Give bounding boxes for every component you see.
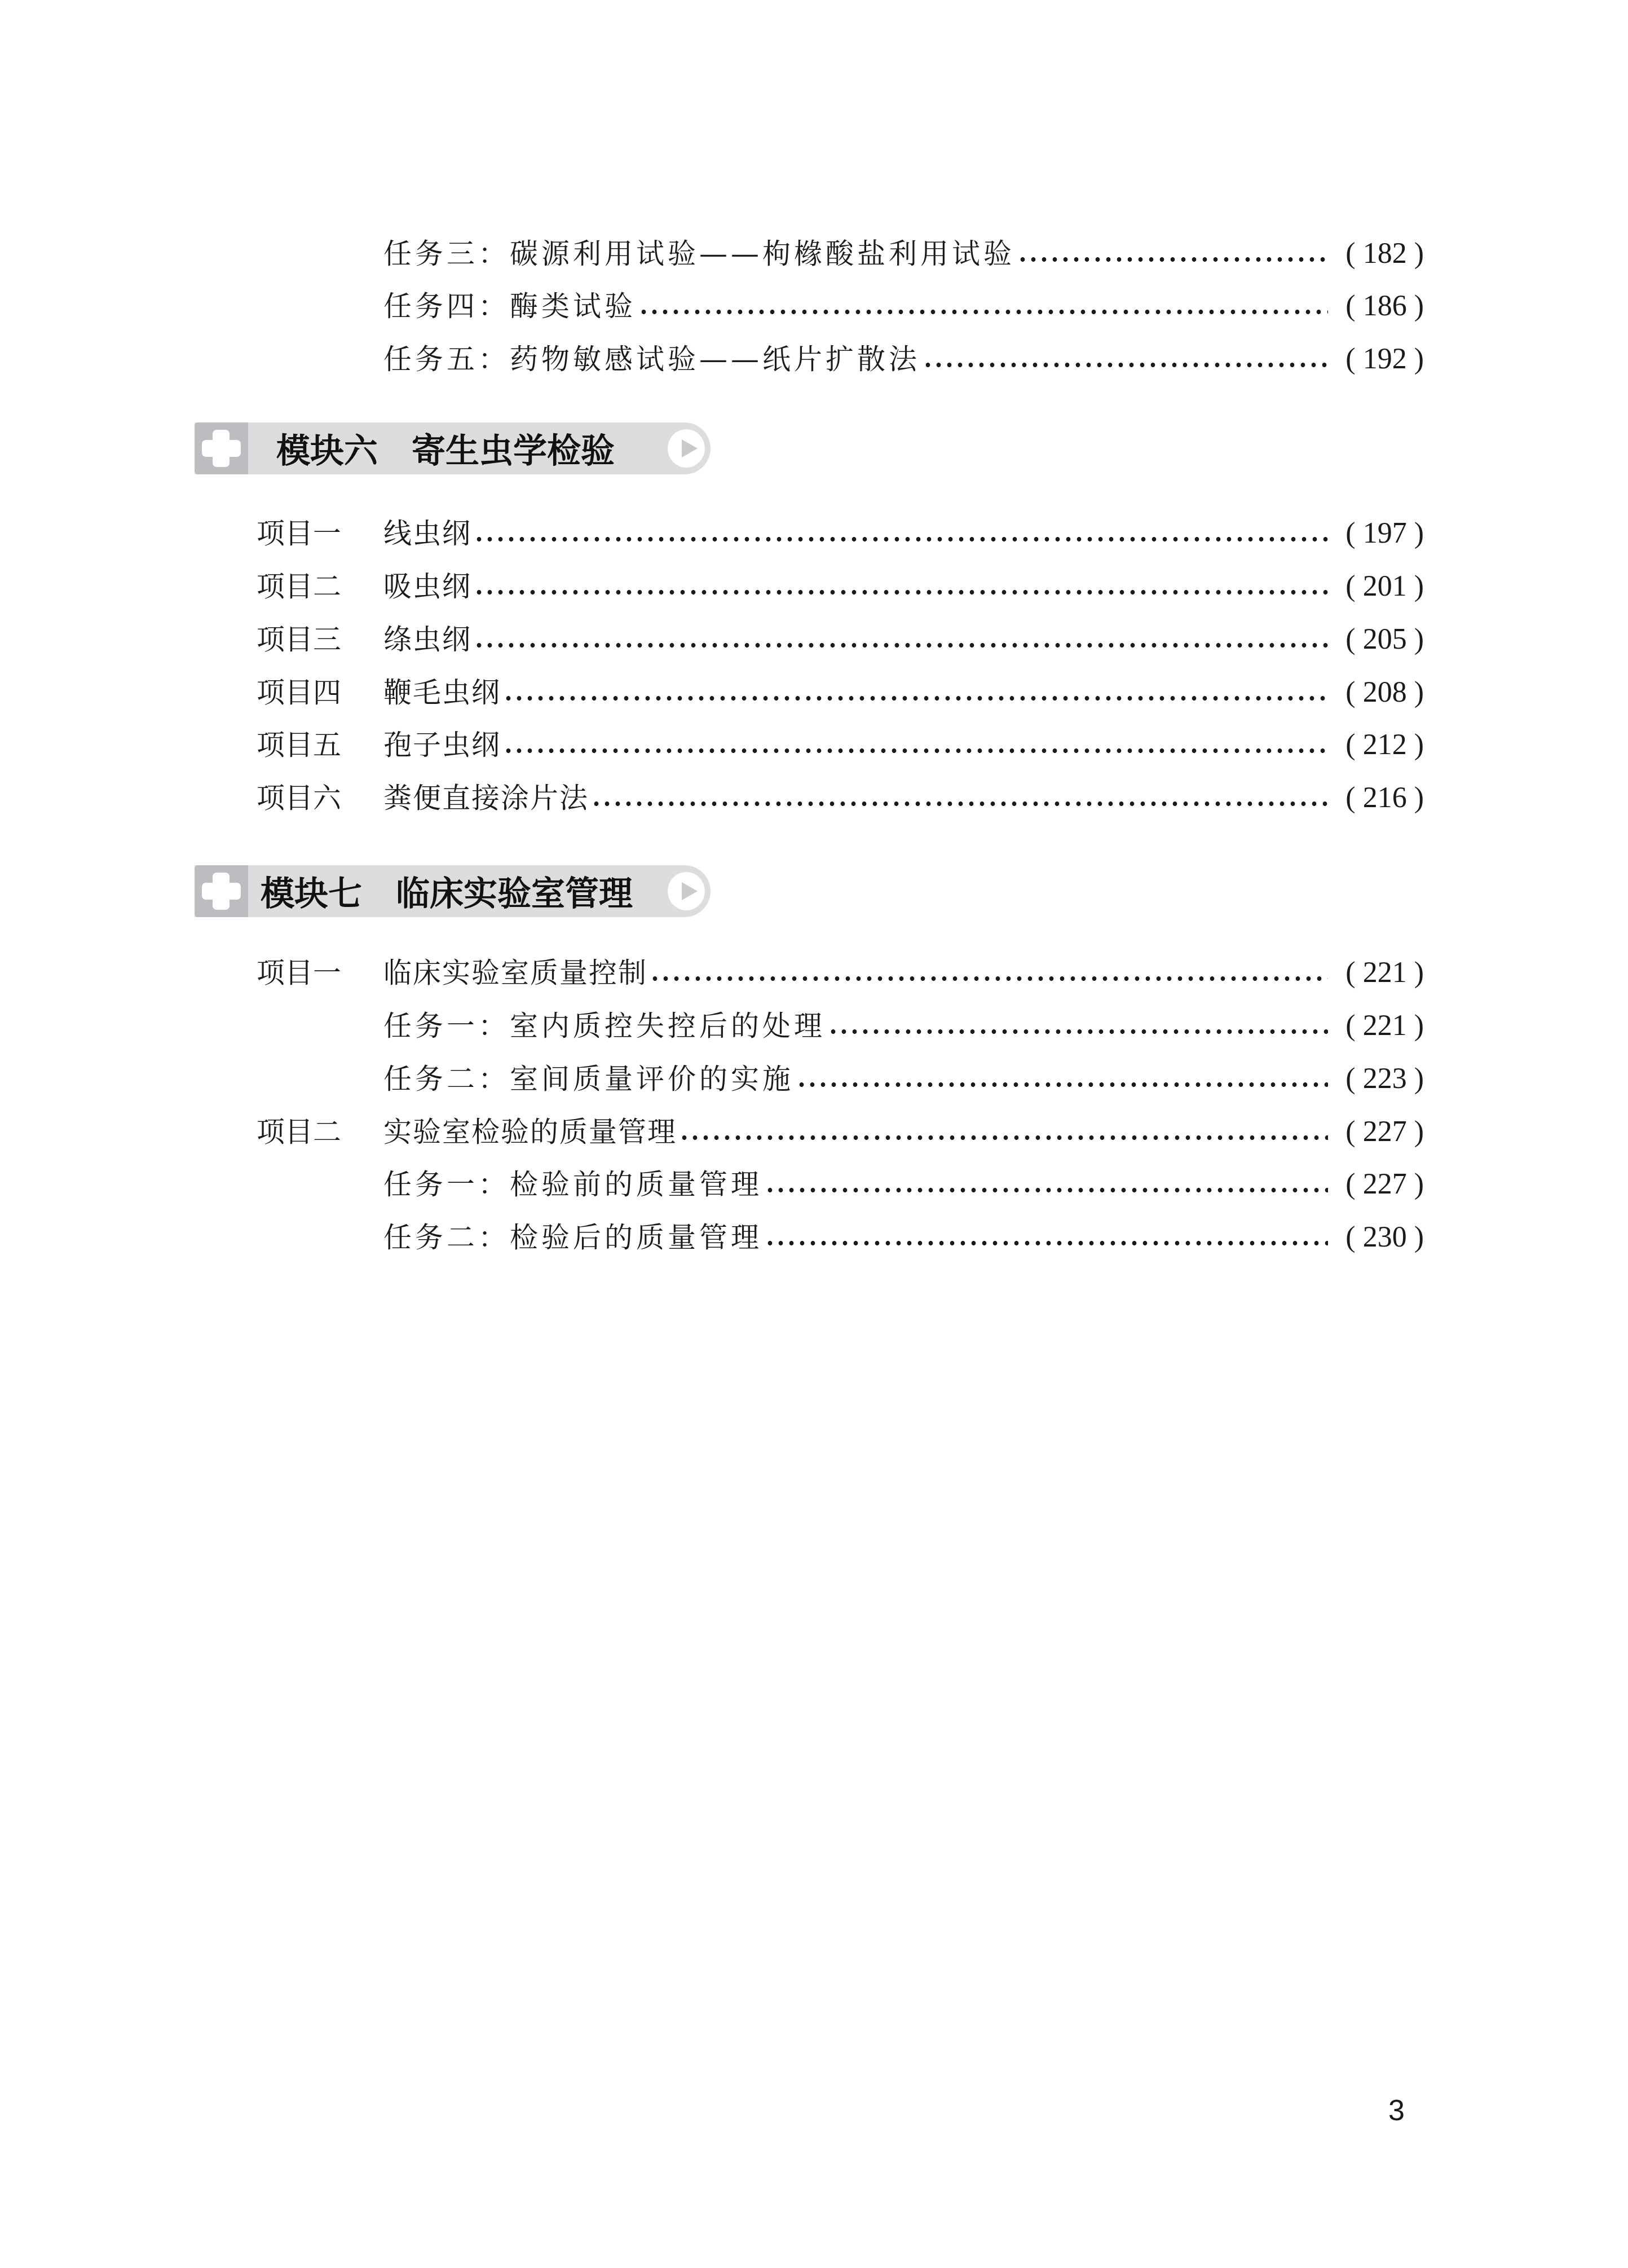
entry-title: 鞭毛虫纲 bbox=[383, 670, 501, 715]
toc-entry-task[interactable]: 任务四：酶类试验 ( 186 ) bbox=[383, 284, 1424, 329]
dot-leader bbox=[765, 1215, 1328, 1260]
entry-label: 项目四 bbox=[257, 670, 383, 715]
page-ref: ( 227 ) bbox=[1339, 1109, 1424, 1155]
play-arrow-icon bbox=[668, 429, 705, 468]
toc-entry-item[interactable]: 项目一 临床实验室质量控制 ( 221 ) bbox=[257, 950, 1424, 996]
toc-entry-task[interactable]: 任务三：碳源利用试验——枸橼酸盐利用试验 ( 182 ) bbox=[383, 231, 1424, 276]
dot-leader bbox=[503, 670, 1328, 715]
entry-title: 临床实验室质量控制 bbox=[383, 950, 647, 996]
entry-title: 吸虫纲 bbox=[383, 564, 471, 609]
toc-entry-item[interactable]: 项目六 粪便直接涂片法 ( 216 ) bbox=[257, 776, 1424, 821]
toc-entry-item[interactable]: 项目四 鞭毛虫纲 ( 208 ) bbox=[257, 670, 1424, 715]
entry-title: 任务三：碳源利用试验——枸橼酸盐利用试验 bbox=[383, 231, 1015, 276]
dot-leader bbox=[796, 1056, 1328, 1102]
medical-cross-icon bbox=[195, 422, 248, 474]
page-ref: ( 221 ) bbox=[1339, 1003, 1424, 1049]
dot-leader bbox=[474, 617, 1328, 662]
dot-leader bbox=[679, 1109, 1328, 1155]
page-ref: ( 227 ) bbox=[1339, 1162, 1424, 1207]
module-banner-6: 模块六寄生虫学检验 bbox=[195, 422, 711, 474]
entry-title: 任务五：药物敏感试验——纸片扩散法 bbox=[383, 337, 920, 382]
module-title: 模块六寄生虫学检验 bbox=[276, 424, 615, 473]
toc-entry-item[interactable]: 项目一 线虫纲 ( 197 ) bbox=[257, 511, 1424, 556]
entry-title: 任务一：室内质控失控后的处理 bbox=[383, 1003, 826, 1049]
entry-label: 项目一 bbox=[257, 950, 383, 996]
medical-cross-icon bbox=[195, 865, 248, 917]
entry-title: 任务二：检验后的质量管理 bbox=[383, 1215, 762, 1260]
entry-label: 项目三 bbox=[257, 617, 383, 662]
module-banner-7: 模块七临床实验室管理 bbox=[195, 865, 711, 917]
page-ref: ( 221 ) bbox=[1339, 950, 1424, 996]
page-ref: ( 216 ) bbox=[1339, 776, 1424, 821]
module-title: 模块七临床实验室管理 bbox=[261, 867, 633, 915]
toc-entry-item[interactable]: 项目三 绦虫纲 ( 205 ) bbox=[257, 617, 1424, 662]
entry-title: 实验室检验的质量管理 bbox=[383, 1109, 677, 1155]
toc-entry-task[interactable]: 任务五：药物敏感试验——纸片扩散法 ( 192 ) bbox=[383, 337, 1424, 382]
page-ref: ( 182 ) bbox=[1339, 231, 1424, 276]
dot-leader bbox=[503, 723, 1328, 768]
dot-leader bbox=[828, 1003, 1328, 1049]
page-ref: ( 186 ) bbox=[1339, 284, 1424, 329]
page-ref: ( 230 ) bbox=[1339, 1215, 1424, 1260]
page-number: 3 bbox=[1388, 2094, 1405, 2128]
page-ref: ( 192 ) bbox=[1339, 337, 1424, 382]
entry-title: 线虫纲 bbox=[383, 511, 471, 556]
page-ref: ( 197 ) bbox=[1339, 511, 1424, 556]
toc-entry-task[interactable]: 任务一：室内质控失控后的处理 ( 221 ) bbox=[383, 1003, 1424, 1049]
entry-title: 任务四：酶类试验 bbox=[383, 284, 636, 329]
dot-leader bbox=[638, 284, 1328, 329]
toc-entry-item[interactable]: 项目五 孢子虫纲 ( 212 ) bbox=[257, 723, 1424, 768]
dot-leader bbox=[923, 337, 1328, 382]
entry-label: 项目六 bbox=[257, 776, 383, 821]
dot-leader bbox=[1017, 231, 1328, 276]
page-ref: ( 201 ) bbox=[1339, 564, 1424, 609]
page-ref: ( 212 ) bbox=[1339, 723, 1424, 768]
entry-title: 任务一：检验前的质量管理 bbox=[383, 1162, 762, 1207]
entry-label: 项目五 bbox=[257, 723, 383, 768]
dot-leader bbox=[474, 564, 1328, 609]
entry-title: 绦虫纲 bbox=[383, 617, 471, 662]
entry-title: 粪便直接涂片法 bbox=[383, 776, 589, 821]
toc-entry-item[interactable]: 项目二 吸虫纲 ( 201 ) bbox=[257, 564, 1424, 609]
dot-leader bbox=[474, 511, 1328, 556]
toc-entry-task[interactable]: 任务二：检验后的质量管理 ( 230 ) bbox=[383, 1215, 1424, 1260]
page-ref: ( 208 ) bbox=[1339, 670, 1424, 715]
entry-title: 任务二：室间质量评价的实施 bbox=[383, 1056, 794, 1102]
entry-label: 项目一 bbox=[257, 511, 383, 556]
toc-entry-task[interactable]: 任务一：检验前的质量管理 ( 227 ) bbox=[383, 1162, 1424, 1207]
play-arrow-icon bbox=[668, 872, 705, 910]
toc-entry-item[interactable]: 项目二 实验室检验的质量管理 ( 227 ) bbox=[257, 1109, 1424, 1155]
dot-leader bbox=[765, 1162, 1328, 1207]
entry-label: 项目二 bbox=[257, 564, 383, 609]
dot-leader bbox=[591, 776, 1328, 821]
page-ref: ( 205 ) bbox=[1339, 617, 1424, 662]
entry-label: 项目二 bbox=[257, 1109, 383, 1155]
page-ref: ( 223 ) bbox=[1339, 1056, 1424, 1102]
dot-leader bbox=[650, 950, 1328, 996]
toc-entry-task[interactable]: 任务二：室间质量评价的实施 ( 223 ) bbox=[383, 1056, 1424, 1102]
entry-title: 孢子虫纲 bbox=[383, 723, 501, 768]
